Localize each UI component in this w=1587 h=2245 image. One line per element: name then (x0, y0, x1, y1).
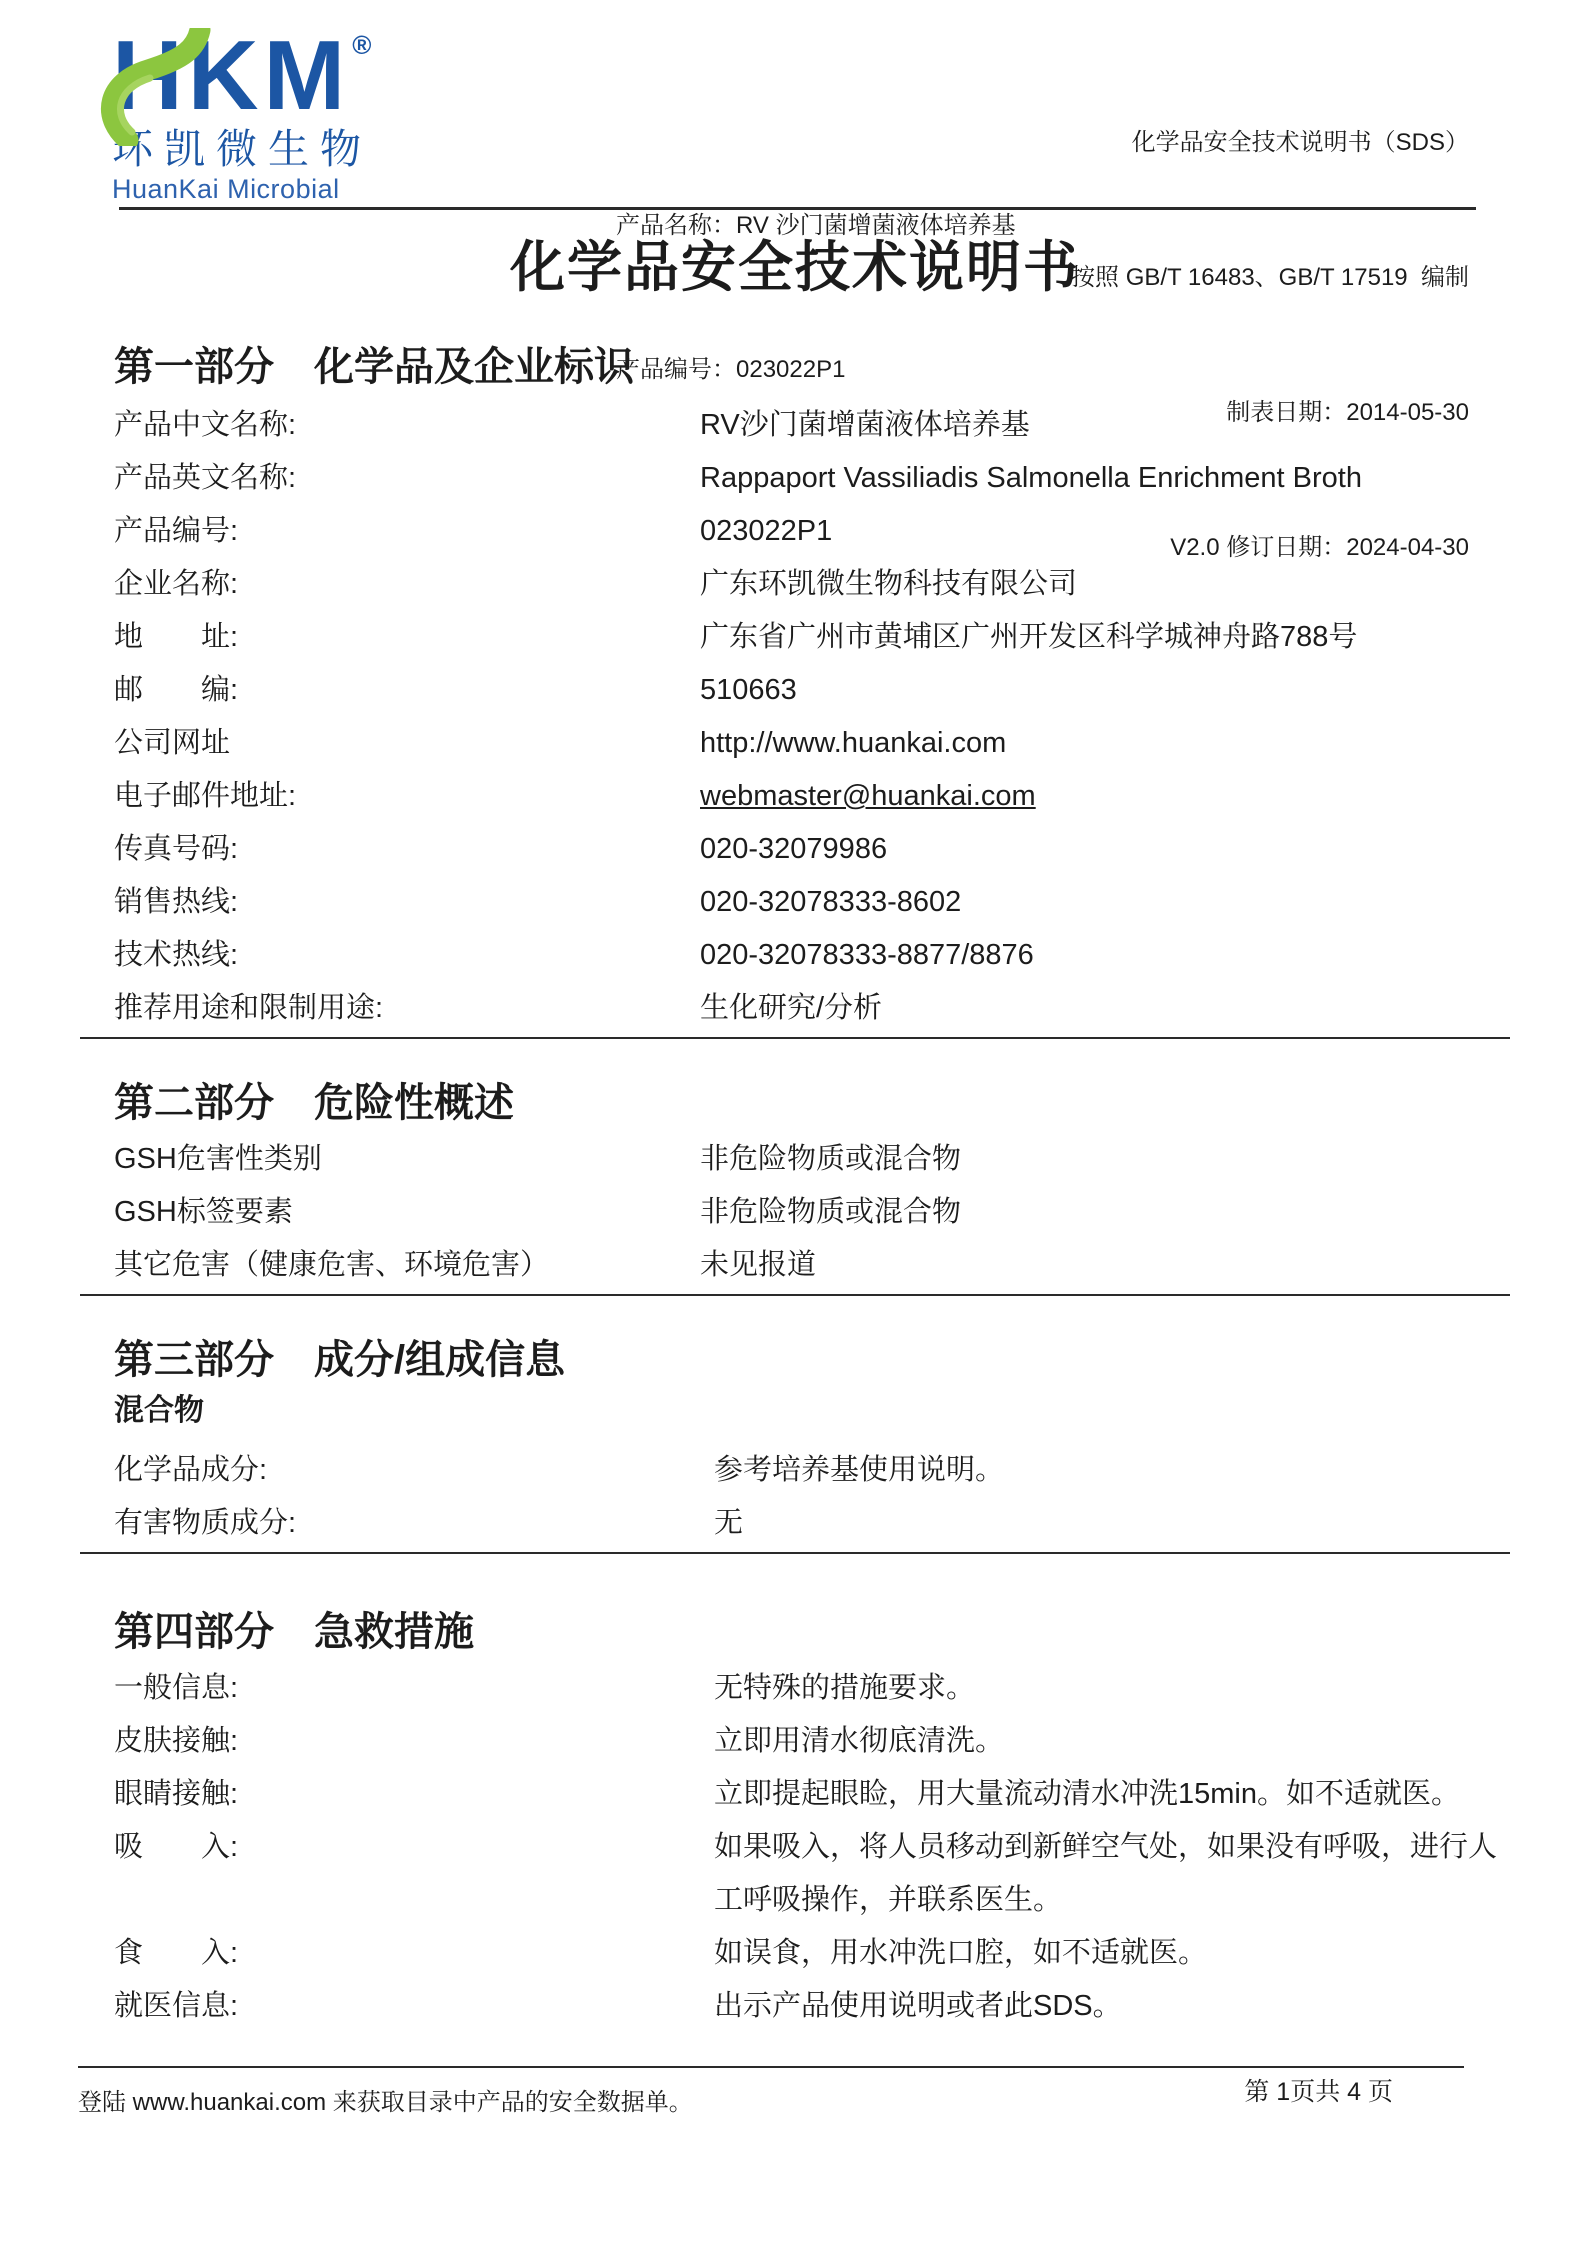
row-value: 020-32079986 (700, 823, 1510, 876)
sds-document-page: HKM® 环凯微生物 HuanKai Microbial 产品名称：RV 沙门菌… (0, 0, 1587, 2245)
header-divider (119, 207, 1476, 210)
row-website: 公司网址 http://www.huankai.com (80, 717, 1510, 770)
row-ghs-label-elements: GSH标签要素 非危险物质或混合物 (80, 1186, 1510, 1239)
logo-chinese-name: 环凯微生物 (112, 126, 452, 172)
row-product-en-name: 产品英文名称: Rappaport Vassiliadis Salmonella… (80, 452, 1510, 505)
row-value: 无 (714, 1497, 1510, 1550)
row-address: 地 址: 广东省广州市黄埔区广州开发区科学城神舟路788号 (80, 611, 1510, 664)
row-label: 产品英文名称: (114, 452, 700, 505)
row-inhalation: 吸 入: 如果吸入，将人员移动到新鲜空气处，如果没有呼吸，进行人工呼吸操作，并联… (80, 1821, 1510, 1927)
row-value: 非危险物质或混合物 (700, 1186, 1510, 1239)
row-label: 眼睛接触: (114, 1768, 714, 1821)
row-value: 生化研究/分析 (700, 982, 1510, 1035)
header-doc-type: 化学品安全技术说明书（SDS） (1071, 120, 1469, 165)
row-product-cn-name: 产品中文名称: RV沙门菌增菌液体培养基 (80, 399, 1510, 452)
logo-english-name: HuanKai Microbial (112, 174, 452, 204)
row-value: 无特殊的措施要求。 (714, 1662, 1510, 1715)
row-value: RV沙门菌增菌液体培养基 (700, 399, 1510, 452)
row-general-info: 一般信息: 无特殊的措施要求。 (80, 1662, 1510, 1715)
section-1-rows: 产品中文名称: RV沙门菌增菌液体培养基 产品英文名称: Rappaport V… (80, 399, 1510, 1035)
section-divider (80, 1037, 1510, 1039)
row-skin-contact: 皮肤接触: 立即用清水彻底清洗。 (80, 1715, 1510, 1768)
row-label: 传真号码: (114, 823, 700, 876)
row-value: 未见报道 (700, 1239, 1510, 1292)
row-label: 皮肤接触: (114, 1715, 714, 1768)
row-label: 产品中文名称: (114, 399, 700, 452)
row-label: 邮 编: (114, 664, 700, 717)
document-header: HKM® 环凯微生物 HuanKai Microbial 产品名称：RV 沙门菌… (0, 0, 1587, 210)
row-product-code: 产品编号: 023022P1 (80, 505, 1510, 558)
section-4-rows: 一般信息: 无特殊的措施要求。 皮肤接触: 立即用清水彻底清洗。 眼睛接触: 立… (80, 1662, 1510, 2033)
page-title: 化学品安全技术说明书 (80, 237, 1510, 297)
row-value: 广东省广州市黄埔区广州开发区科学城神舟路788号 (700, 611, 1510, 664)
row-value: Rappaport Vassiliadis Salmonella Enrichm… (700, 452, 1510, 505)
section-divider (80, 1552, 1510, 1554)
row-value: 如果吸入，将人员移动到新鲜空气处，如果没有呼吸，进行人工呼吸操作，并联系医生。 (714, 1821, 1510, 1927)
row-label: 销售热线: (114, 876, 700, 929)
row-label: 电子邮件地址: (114, 770, 700, 823)
footer-divider (78, 2066, 1464, 2068)
huankai-logo: HKM® 环凯微生物 HuanKai Microbial (112, 28, 452, 204)
hkm-logo-text: HKM (112, 20, 350, 130)
section-3-heading: 第三部分 成分/组成信息 (80, 1338, 1510, 1382)
row-label: 推荐用途和限制用途: (114, 982, 700, 1035)
page-number: 第 1页共 4 页 (1244, 2072, 1393, 2108)
row-hazardous-components: 有害物质成分: 无 (80, 1497, 1510, 1550)
row-label: GSH危害性类别 (114, 1133, 700, 1186)
row-label: 有害物质成分: (114, 1497, 714, 1550)
section-first-aid: 第四部分 急救措施 一般信息: 无特殊的措施要求。 皮肤接触: 立即用清水彻底清… (80, 1610, 1510, 2033)
row-label: 一般信息: (114, 1662, 714, 1715)
row-tech-hotline: 技术热线: 020-32078333-8877/8876 (80, 929, 1510, 982)
website-link[interactable]: http://www.huankai.com (700, 717, 1510, 770)
row-label: 地 址: (114, 611, 700, 664)
row-recommended-use: 推荐用途和限制用途: 生化研究/分析 (80, 982, 1510, 1035)
row-value: 立即用清水彻底清洗。 (714, 1715, 1510, 1768)
row-company-name: 企业名称: 广东环凯微生物科技有限公司 (80, 558, 1510, 611)
section-composition: 第三部分 成分/组成信息 混合物 化学品成分: 参考培养基使用说明。 有害物质成… (80, 1338, 1510, 1554)
row-label: 其它危害（健康危害、环境危害） (114, 1239, 700, 1292)
row-postal-code: 邮 编: 510663 (80, 664, 1510, 717)
row-value: 立即提起眼睑，用大量流动清水冲洗15min。如不适就医。 (714, 1768, 1510, 1821)
row-value: 出示产品使用说明或者此SDS。 (714, 1980, 1510, 2033)
section-identification: 第一部分 化学品及企业标识 产品中文名称: RV沙门菌增菌液体培养基 产品英文名… (80, 345, 1510, 1039)
row-label: 化学品成分: (114, 1444, 714, 1497)
section-4-heading: 第四部分 急救措施 (80, 1610, 1510, 1654)
row-label: 食 入: (114, 1927, 714, 1980)
row-value: 023022P1 (700, 505, 1510, 558)
registered-trademark-icon: ® (352, 30, 371, 60)
row-value: 广东环凯微生物科技有限公司 (700, 558, 1510, 611)
row-ghs-hazard-class: GSH危害性类别 非危险物质或混合物 (80, 1133, 1510, 1186)
section-3-rows: 化学品成分: 参考培养基使用说明。 有害物质成分: 无 (80, 1444, 1510, 1550)
document-body: 化学品安全技术说明书 第一部分 化学品及企业标识 产品中文名称: RV沙门菌增菌… (80, 211, 1510, 2033)
row-label: 产品编号: (114, 505, 700, 558)
row-label: 吸 入: (114, 1821, 714, 1927)
row-ingestion: 食 入: 如误食，用水冲洗口腔，如不适就医。 (80, 1927, 1510, 1980)
footer-note: 登陆 www.huankai.com 来获取目录中产品的安全数据单。 (78, 2082, 693, 2117)
email-link[interactable]: webmaster@huankai.com (700, 770, 1510, 823)
row-label: 企业名称: (114, 558, 700, 611)
section-2-heading: 第二部分 危险性概述 (80, 1081, 1510, 1125)
row-label: GSH标签要素 (114, 1186, 700, 1239)
section-1-heading: 第一部分 化学品及企业标识 (80, 345, 1510, 389)
row-label: 公司网址 (114, 717, 700, 770)
row-value: 如误食，用水冲洗口腔，如不适就医。 (714, 1927, 1510, 1980)
mixture-subheading: 混合物 (80, 1386, 1510, 1436)
row-value: 510663 (700, 664, 1510, 717)
row-value: 020-32078333-8602 (700, 876, 1510, 929)
row-email: 电子邮件地址: webmaster@huankai.com (80, 770, 1510, 823)
row-value: 020-32078333-8877/8876 (700, 929, 1510, 982)
row-other-hazards: 其它危害（健康危害、环境危害） 未见报道 (80, 1239, 1510, 1292)
row-fax: 传真号码: 020-32079986 (80, 823, 1510, 876)
section-2-rows: GSH危害性类别 非危险物质或混合物 GSH标签要素 非危险物质或混合物 其它危… (80, 1133, 1510, 1292)
row-label: 技术热线: (114, 929, 700, 982)
hkm-logo-mark: HKM® (112, 28, 452, 124)
row-label: 就医信息: (114, 1980, 714, 2033)
row-value: 参考培养基使用说明。 (714, 1444, 1510, 1497)
row-sales-hotline: 销售热线: 020-32078333-8602 (80, 876, 1510, 929)
row-eye-contact: 眼睛接触: 立即提起眼睑，用大量流动清水冲洗15min。如不适就医。 (80, 1768, 1510, 1821)
row-value: 非危险物质或混合物 (700, 1133, 1510, 1186)
section-hazards-overview: 第二部分 危险性概述 GSH危害性类别 非危险物质或混合物 GSH标签要素 非危… (80, 1081, 1510, 1296)
row-chemical-composition: 化学品成分: 参考培养基使用说明。 (80, 1444, 1510, 1497)
row-medical-info: 就医信息: 出示产品使用说明或者此SDS。 (80, 1980, 1510, 2033)
section-divider (80, 1294, 1510, 1296)
